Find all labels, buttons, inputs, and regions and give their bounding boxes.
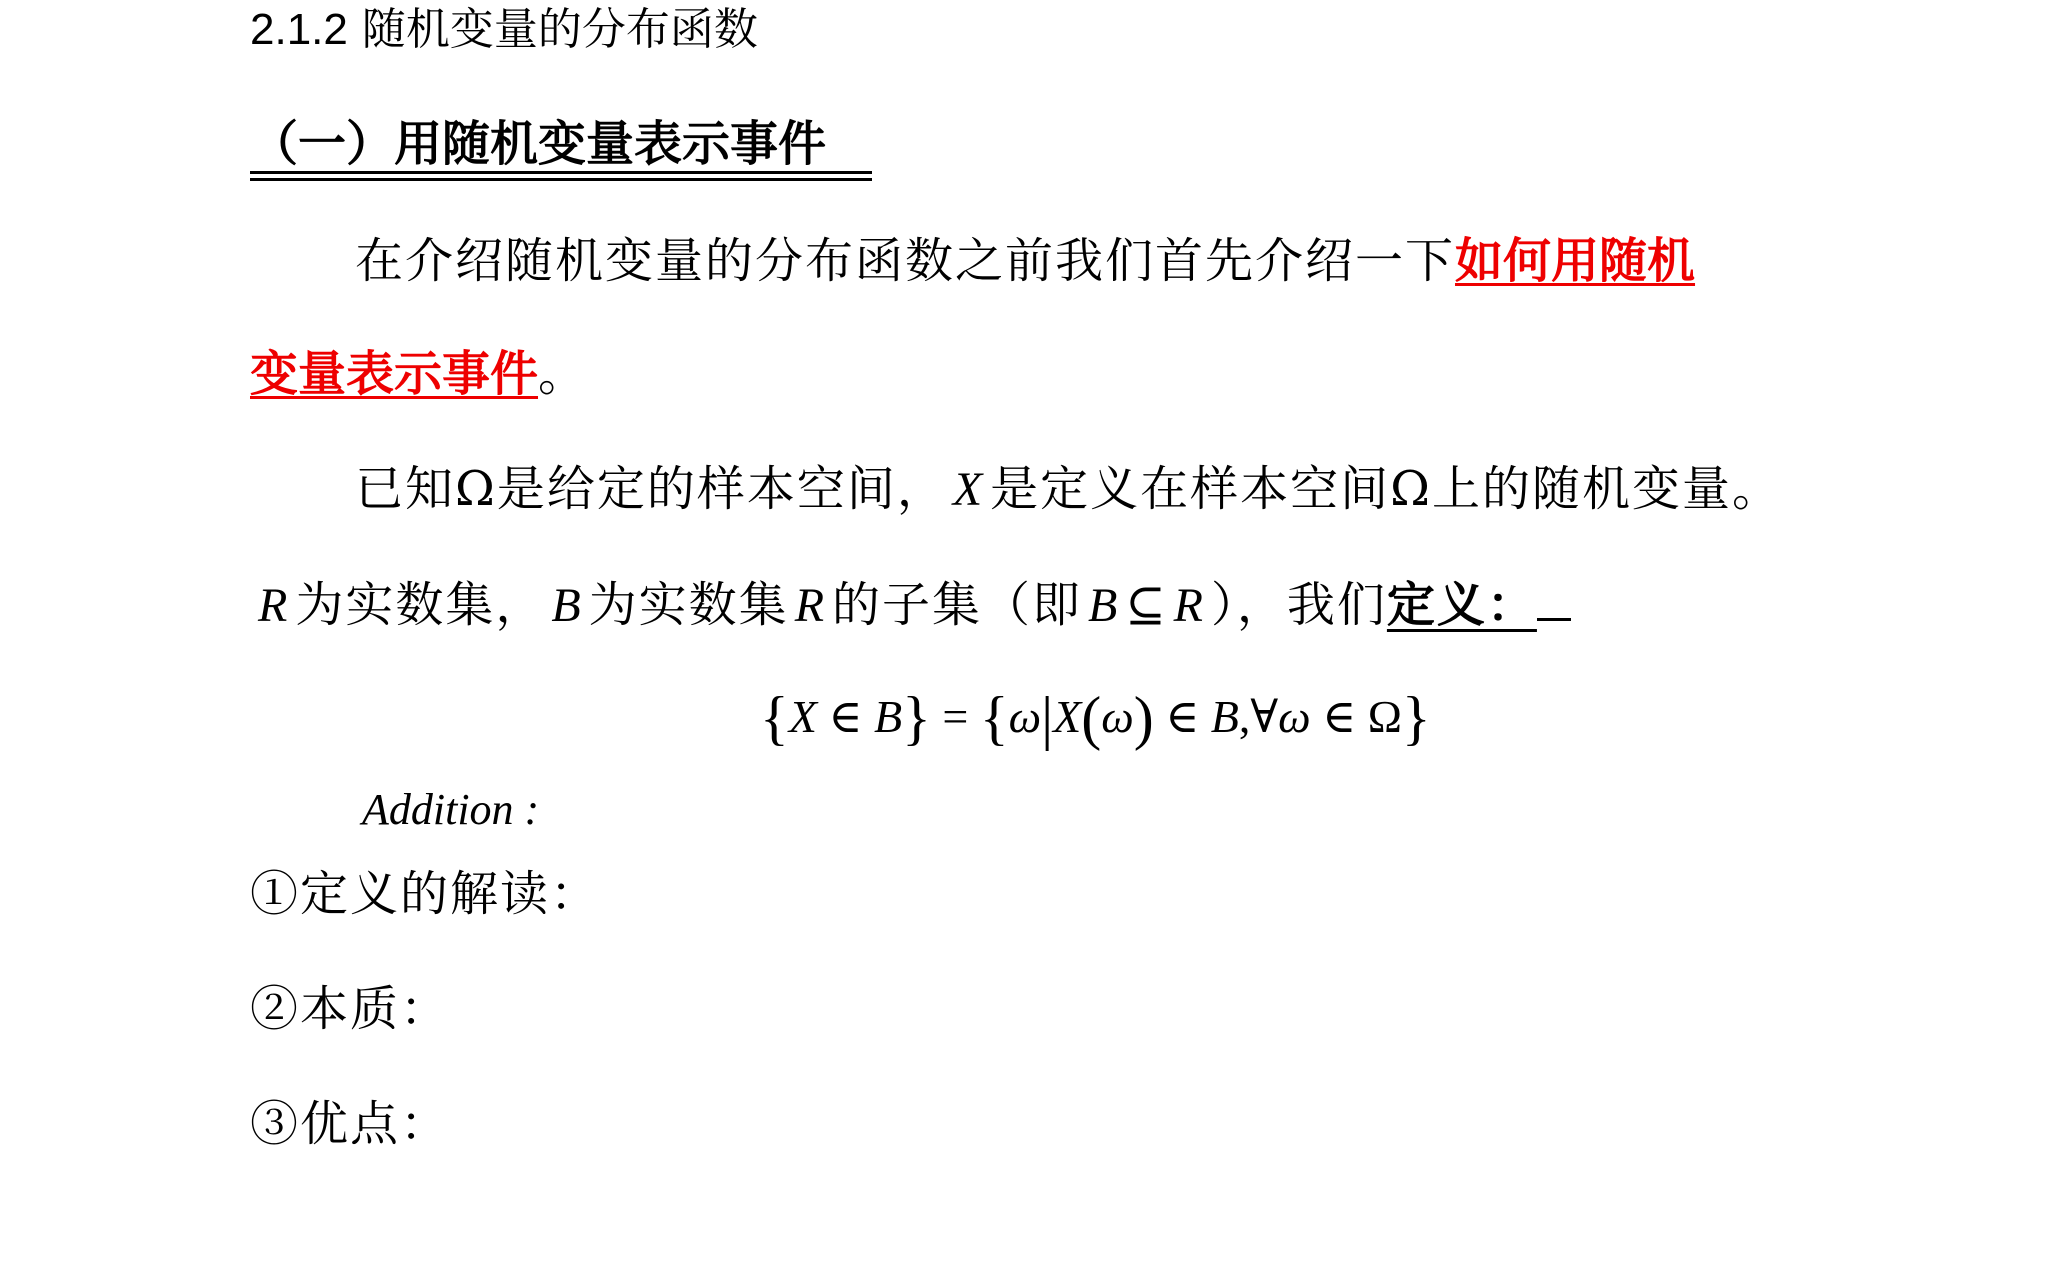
paragraph2: 已知Ω是给定的样本空间，X是定义在样本空间Ω上的随机变量。	[355, 465, 1782, 514]
paragraph1-period: 。	[538, 346, 588, 402]
var-X: X	[1053, 691, 1081, 742]
text: 是定义在样本空间	[990, 461, 1390, 517]
section-title-text: 随机变量的分布函数	[362, 4, 758, 55]
paragraph1-text: 在介绍随机变量的分布函数之前我们首先介绍一下	[355, 233, 1455, 289]
definition-formula: {X ∈ B} = {ω|X(ω) ∈ B,∀ω ∈ Ω}	[760, 688, 1431, 748]
subseteq-symbol: ⊆	[1125, 577, 1167, 633]
var-R: R	[1168, 579, 1211, 632]
var-B: B	[545, 579, 588, 632]
brace: }	[902, 685, 931, 751]
omega-symbol: Ω	[1368, 691, 1402, 742]
var-omega: ω	[1101, 691, 1133, 742]
paren: (	[1081, 685, 1101, 751]
text: 是给定的样本空间，	[497, 461, 947, 517]
text: 的子集（即	[832, 577, 1082, 633]
var-B: B	[1082, 579, 1125, 632]
var-X: X	[947, 463, 990, 516]
text: 已知	[355, 461, 455, 517]
comma: ,	[1239, 691, 1251, 742]
highlight-phrase-part1: 如何用随机	[1455, 233, 1695, 289]
paren: )	[1134, 685, 1154, 751]
var-X: X	[789, 691, 817, 742]
equals-symbol: =	[931, 691, 980, 742]
in-symbol: ∈	[817, 691, 874, 742]
var-omega: ω	[1009, 691, 1041, 742]
bar: |	[1041, 685, 1053, 751]
in-symbol: ∈	[1154, 691, 1211, 742]
section-title: 2.1.2 随机变量的分布函数	[250, 8, 758, 52]
definition-label: 定义：	[1387, 577, 1537, 633]
heading-underline-top	[250, 171, 872, 174]
text: ），我们	[1211, 577, 1387, 633]
text: 上的随机变量。	[1432, 461, 1782, 517]
subsection-heading: （一）用随机变量表示事件	[250, 120, 826, 168]
highlight-phrase-part2: 变量表示事件	[250, 346, 538, 402]
brace: }	[1402, 685, 1431, 751]
brace: {	[980, 685, 1009, 751]
in-symbol: ∈	[1311, 691, 1368, 742]
paragraph1-line1: 在介绍随机变量的分布函数之前我们首先介绍一下如何用随机	[355, 237, 1695, 285]
section-number: 2.1.2	[250, 5, 348, 54]
var-B: B	[874, 691, 902, 742]
var-omega: ω	[1278, 691, 1310, 742]
var-R: R	[252, 579, 295, 632]
omega-symbol: Ω	[455, 461, 497, 517]
definition-underline-tail	[1537, 580, 1571, 621]
var-R: R	[789, 579, 832, 632]
list-item-essence: ②本质：	[250, 985, 450, 1033]
forall-symbol: ∀	[1250, 691, 1278, 742]
heading-underline-bottom	[250, 178, 872, 181]
var-B: B	[1211, 691, 1239, 742]
brace: {	[760, 685, 789, 751]
text: 为实数集，	[295, 577, 545, 633]
addition-label: Addition :	[362, 788, 539, 832]
list-item-interpretation: ①定义的解读：	[250, 870, 600, 918]
text: 为实数集	[589, 577, 789, 633]
omega-symbol: Ω	[1390, 461, 1432, 517]
list-item-advantages: ③优点：	[250, 1100, 450, 1148]
paragraph3: R为实数集，B为实数集R的子集（即B⊆R），我们定义：	[252, 580, 1571, 630]
paragraph1-line2: 变量表示事件。	[250, 350, 588, 398]
